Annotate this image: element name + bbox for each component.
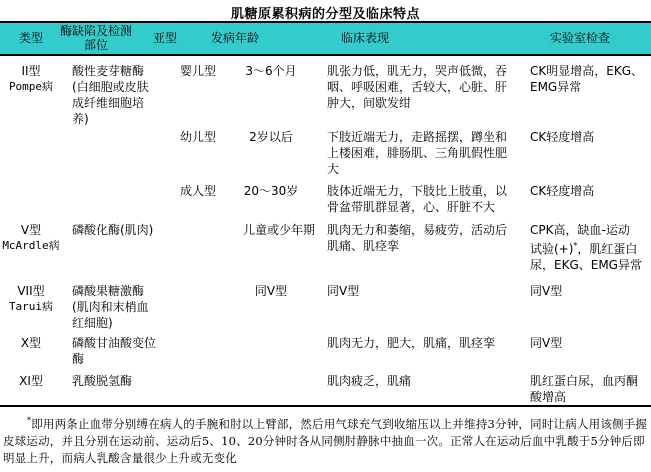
enzyme-cell: 磷酸果糖激酶 (肌肉和末梢血 红细胞) <box>72 283 162 331</box>
footnote: *即用两条止血带分别缚在病人的手腕和肘以上臂部，然后用气球充气到收缩压以上并维持… <box>3 412 649 467</box>
header-rule <box>0 54 651 56</box>
enzyme-cell: 磷酸化酶(肌肉) <box>72 222 172 238</box>
enzyme-line: 酸性麦芽糖酶 <box>72 63 162 79</box>
clinical-line: 下肢近端无力，走路摇摆，蹲坐和 <box>327 129 527 145</box>
enzyme-line: 磷酸果糖激酶 <box>72 283 162 299</box>
type-name: V型 <box>0 222 62 238</box>
subtype-cell: 幼儿型 <box>180 129 230 145</box>
type-cell: II型 Pompe病 <box>0 63 62 95</box>
header-age: 发病年龄 <box>200 31 270 45</box>
type-name: VII型 <box>0 283 62 299</box>
table-title: 肌糖原累积病的分型及临床特点 <box>0 3 651 22</box>
lab-cell: 同V型 <box>530 283 648 299</box>
lab-line: 酸增高 <box>530 389 648 405</box>
lab-line: 尿，EKG、EMG异常 <box>530 257 648 273</box>
subtype-cell: 成人型 <box>180 183 230 199</box>
lab-cell: 肌红蛋白尿，血丙酮 酸增高 <box>530 373 648 405</box>
type-alias: McArdle病 <box>0 238 62 254</box>
lab-line: 肌红蛋白尿，血丙酮 <box>530 373 648 389</box>
enzyme-line: 养) <box>72 111 162 127</box>
table-header-row: 类型 酶缺陷及检测部位 亚型 发病年龄 临床表现 实验室检查 <box>0 23 651 54</box>
lab-line: CK明显增高，EKG、 <box>530 63 648 79</box>
type-cell: VII型 Tarui病 <box>0 283 62 315</box>
age-cell: 2岁以后 <box>232 129 310 145</box>
clinical-line: 肌痛、肌痉挛 <box>327 238 527 254</box>
header-clinical: 临床表现 <box>300 31 430 45</box>
footnote-text: 即用两条止血带分别缚在病人的手腕和肘以上臂部，然后用气球充气到收缩压以上并维持3… <box>3 417 647 465</box>
clinical-cell: 同V型 <box>327 283 527 299</box>
age-cell: 儿童或少年期 <box>236 222 322 238</box>
header-subtype: 亚型 <box>145 31 185 45</box>
clinical-cell: 下肢近端无力，走路摇摆，蹲坐和 上楼困难，腓肠肌、三角肌假性肥 大 <box>327 129 527 177</box>
age-cell: 3～6个月 <box>232 63 310 79</box>
clinical-cell: 肌肉无力和萎缩，易疲劳，活动后 肌痛、肌痉挛 <box>327 222 527 254</box>
lab-cell: CK轻度增高 <box>530 129 648 145</box>
age-cell: 20～30岁 <box>232 183 310 199</box>
clinical-line: 肿大，间歇发绀 <box>327 95 527 111</box>
enzyme-line: 成纤维细胞培 <box>72 95 162 111</box>
type-alias: Pompe病 <box>0 79 62 95</box>
lab-cell: CK轻度增高 <box>530 183 648 199</box>
header-enzyme: 酶缺陷及检测部位 <box>57 24 135 52</box>
clinical-cell: 肌肉无力，肥大，肌痛，肌痉挛 <box>327 335 527 351</box>
type-cell: V型 McArdle病 <box>0 222 62 254</box>
clinical-line: 肌张力低，肌无力，哭声低微，吞 <box>327 63 527 79</box>
type-alias: Tarui病 <box>0 299 62 315</box>
lab-cell: 同V型 <box>530 335 648 351</box>
enzyme-cell: 酸性麦芽糖酶 (白细胞或皮肤 成纤维细胞培 养) <box>72 63 162 127</box>
header-type: 类型 <box>0 31 62 45</box>
enzyme-line: 酶 <box>72 351 162 367</box>
enzyme-cell: 磷酸甘油酸变位 酶 <box>72 335 162 367</box>
type-name: II型 <box>0 63 62 79</box>
lab-cell: CK明显增高，EKG、 EMG异常 <box>530 63 648 95</box>
age-cell: 同V型 <box>232 283 310 299</box>
header-lab: 实验室检查 <box>520 31 640 45</box>
lab-text: 试验(+) <box>530 242 573 256</box>
enzyme-line: 磷酸甘油酸变位 <box>72 335 162 351</box>
clinical-line: 咽、呼吸困难，舌较大，心脏、肝 <box>327 79 527 95</box>
type-cell: X型 <box>0 335 62 351</box>
enzyme-cell: 乳酸脱氢酶 <box>72 373 162 389</box>
lab-line: EMG异常 <box>530 79 648 95</box>
enzyme-line: (白细胞或皮肤 <box>72 79 162 95</box>
lab-text: ，肌红蛋白 <box>577 242 637 256</box>
enzyme-line: 红细胞) <box>72 315 162 331</box>
clinical-line: 骨盆带肌群显著，心、肝脏不大 <box>327 199 527 215</box>
subtype-cell: 婴儿型 <box>180 63 230 79</box>
clinical-cell: 肢体近端无力，下肢比上肢重，以 骨盆带肌群显著，心、肝脏不大 <box>327 183 527 215</box>
type-cell: XI型 <box>0 373 62 389</box>
clinical-cell: 肌肉疲乏，肌痛 <box>327 373 527 389</box>
enzyme-line: (肌肉和末梢血 <box>72 299 162 315</box>
clinical-line: 大 <box>327 161 527 177</box>
clinical-line: 肌肉无力和萎缩，易疲劳，活动后 <box>327 222 527 238</box>
bottom-rule <box>0 405 651 407</box>
lab-cell: CPK高，缺血-运动 试验(+)*，肌红蛋白 尿，EKG、EMG异常 <box>530 222 648 273</box>
lab-line: CPK高，缺血-运动 <box>530 222 648 238</box>
lab-line: 试验(+)*，肌红蛋白 <box>530 238 648 257</box>
clinical-line: 上楼困难，腓肠肌、三角肌假性肥 <box>327 145 527 161</box>
clinical-cell: 肌张力低，肌无力，哭声低微，吞 咽、呼吸困难，舌较大，心脏、肝 肿大，间歇发绀 <box>327 63 527 111</box>
clinical-line: 肢体近端无力，下肢比上肢重，以 <box>327 183 527 199</box>
